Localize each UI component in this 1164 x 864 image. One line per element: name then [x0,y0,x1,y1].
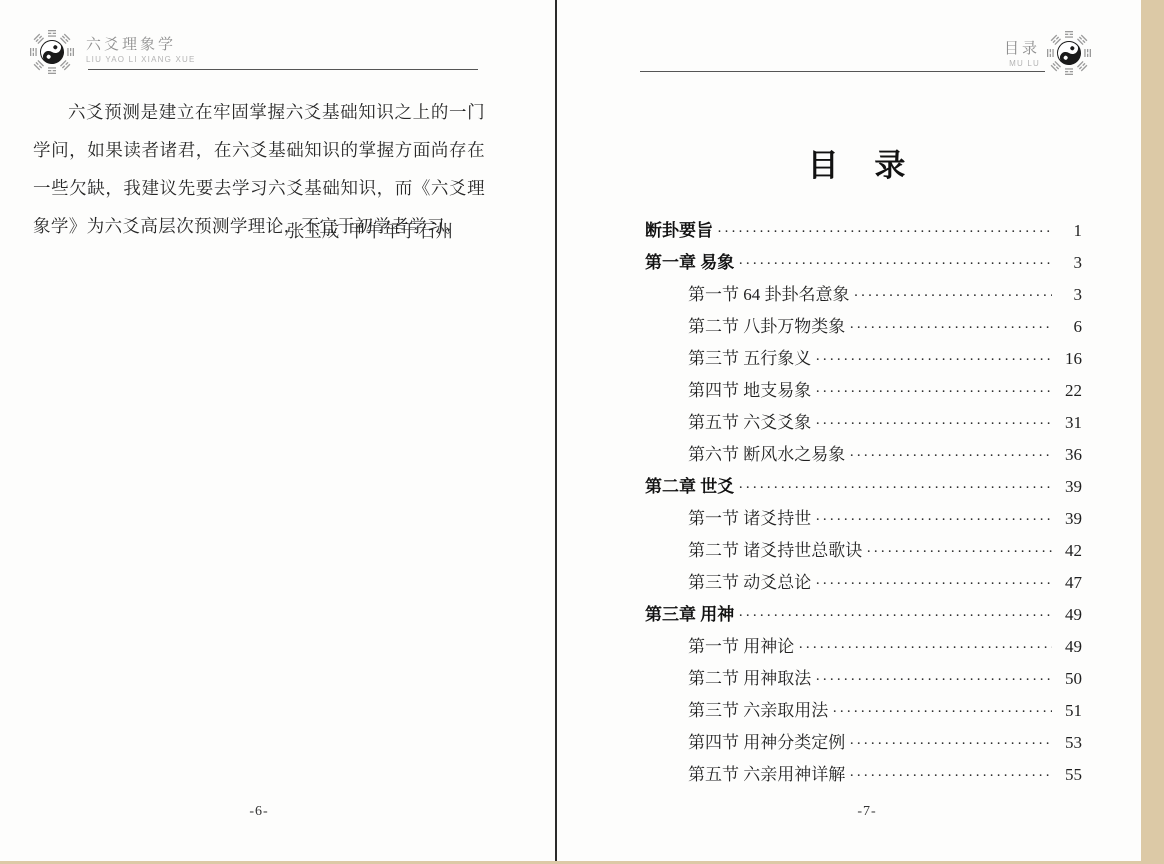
toc-dot-leader [798,637,1052,657]
left-header: 六爻理象学 LIU YAO LI XIANG XUE [86,36,196,65]
toc-entry-page: 6 [1056,317,1082,337]
toc-entry-page: 42 [1056,541,1082,561]
toc-entry: 第四节 地支易象 22 [645,376,1082,408]
toc-entry-label: 第一章 易象 [645,248,734,273]
toc-entry-page: 49 [1056,637,1082,657]
toc-dot-leader [849,317,1052,337]
toc-entry-label: 第五节 六爻爻象 [688,408,811,433]
toc-entry-label: 第一节 诸爻持世 [688,504,811,529]
book-edge-strip [1141,0,1164,864]
toc-list: 断卦要旨 1 第一章 易象 3 第一节 64 卦卦名意象 3 第二节 八卦万物类… [645,216,1082,792]
toc-dot-leader [815,669,1052,689]
toc-entry-label: 第一节 用神论 [688,632,794,657]
toc-entry-page: 22 [1056,381,1082,401]
toc-entry-label: 第五节 六亲用神详解 [688,760,845,785]
toc-entry: 第三节 动爻总论 47 [645,568,1082,600]
toc-entry-page: 53 [1056,733,1082,753]
toc-entry-label: 第四节 地支易象 [688,376,811,401]
toc-entry: 断卦要旨 1 [645,216,1082,248]
toc-entry-label: 第三章 用神 [645,600,734,625]
page-gutter-divider [555,0,557,861]
toc-title: 目 录 [645,140,1082,185]
right-header-subtitle: MU LU [840,59,1040,69]
toc-entry-label: 第六节 断风水之易象 [688,440,845,465]
toc-dot-leader [815,381,1052,401]
toc-entry-page: 36 [1056,445,1082,465]
toc-entry: 第三章 用神 49 [645,600,1082,632]
toc-entry-label: 第二节 诸爻持世总歌诀 [688,536,862,561]
author-signature: 张玉成 甲午年于石州 [33,218,453,243]
toc-entry: 第二节 用神取法 50 [645,664,1082,696]
toc-entry-page: 55 [1056,765,1082,785]
toc-dot-leader [849,733,1052,753]
toc-dot-leader [866,541,1052,561]
left-header-rule [88,69,478,70]
toc-entry-page: 50 [1056,669,1082,689]
toc-entry: 第一节 诸爻持世 39 [645,504,1082,536]
left-header-subtitle: LIU YAO LI XIANG XUE [86,55,196,65]
left-header-title: 六爻理象学 [86,36,196,55]
toc-entry-label: 第二章 世爻 [645,472,734,497]
toc-dot-leader [815,413,1052,433]
bagua-yinyang-icon [28,27,76,77]
toc-entry: 第五节 六爻爻象 31 [645,408,1082,440]
toc-entry: 第三节 五行象义 16 [645,344,1082,376]
toc-dot-leader [738,605,1052,625]
toc-entry-label: 第三节 六亲取用法 [688,696,828,721]
right-header: 目录 MU LU [840,40,1040,69]
toc-entry: 第四节 用神分类定例 53 [645,728,1082,760]
toc-entry-page: 39 [1056,477,1082,497]
toc-entry-page: 3 [1056,253,1082,273]
toc-dot-leader [815,349,1052,369]
toc-entry: 第一节 用神论 49 [645,632,1082,664]
toc-entry-page: 16 [1056,349,1082,369]
toc-entry: 第一章 易象 3 [645,248,1082,280]
right-header-title: 目录 [840,40,1040,59]
toc-entry: 第五节 六亲用神详解 55 [645,760,1082,792]
toc-entry-label: 第一节 64 卦卦名意象 [688,280,850,305]
toc-dot-leader [738,477,1052,497]
toc-entry: 第六节 断风水之易象 36 [645,440,1082,472]
toc-dot-leader [854,285,1053,305]
toc-entry-page: 3 [1056,285,1082,305]
toc-entry: 第三节 六亲取用法 51 [645,696,1082,728]
toc-dot-leader [815,573,1052,593]
right-page-number: -7- [617,804,1117,820]
toc-entry-label: 第三节 动爻总论 [688,568,811,593]
toc-entry-label: 第四节 用神分类定例 [688,728,845,753]
toc-entry-label: 断卦要旨 [645,216,713,241]
toc-entry-page: 1 [1056,221,1082,241]
toc-dot-leader [717,221,1052,241]
left-page-number: -6- [33,804,485,820]
toc-entry: 第二章 世爻 39 [645,472,1082,504]
toc-entry-page: 31 [1056,413,1082,433]
toc-entry-label: 第二节 八卦万物类象 [688,312,845,337]
toc-entry: 第二节 八卦万物类象 6 [645,312,1082,344]
bagua-yinyang-icon [1045,28,1093,78]
toc-dot-leader [738,253,1052,273]
toc-entry-page: 49 [1056,605,1082,625]
right-page: 目录 MU LU 目 录 断卦要旨 1 第一章 易象 3 第一节 64 卦卦名意… [557,0,1140,864]
toc-dot-leader [815,509,1052,529]
toc-dot-leader [849,765,1052,785]
toc-entry-page: 39 [1056,509,1082,529]
right-header-rule [640,71,1045,72]
toc-entry-label: 第三节 五行象义 [688,344,811,369]
toc-entry-page: 51 [1056,701,1082,721]
toc-entry-label: 第二节 用神取法 [688,664,811,689]
toc-entry-page: 47 [1056,573,1082,593]
toc-dot-leader [832,701,1052,721]
left-page: 六爻理象学 LIU YAO LI XIANG XUE 六爻预测是建立在牢固掌握六… [0,0,555,864]
toc-dot-leader [849,445,1052,465]
toc-entry: 第一节 64 卦卦名意象 3 [645,280,1082,312]
toc-entry: 第二节 诸爻持世总歌诀 42 [645,536,1082,568]
